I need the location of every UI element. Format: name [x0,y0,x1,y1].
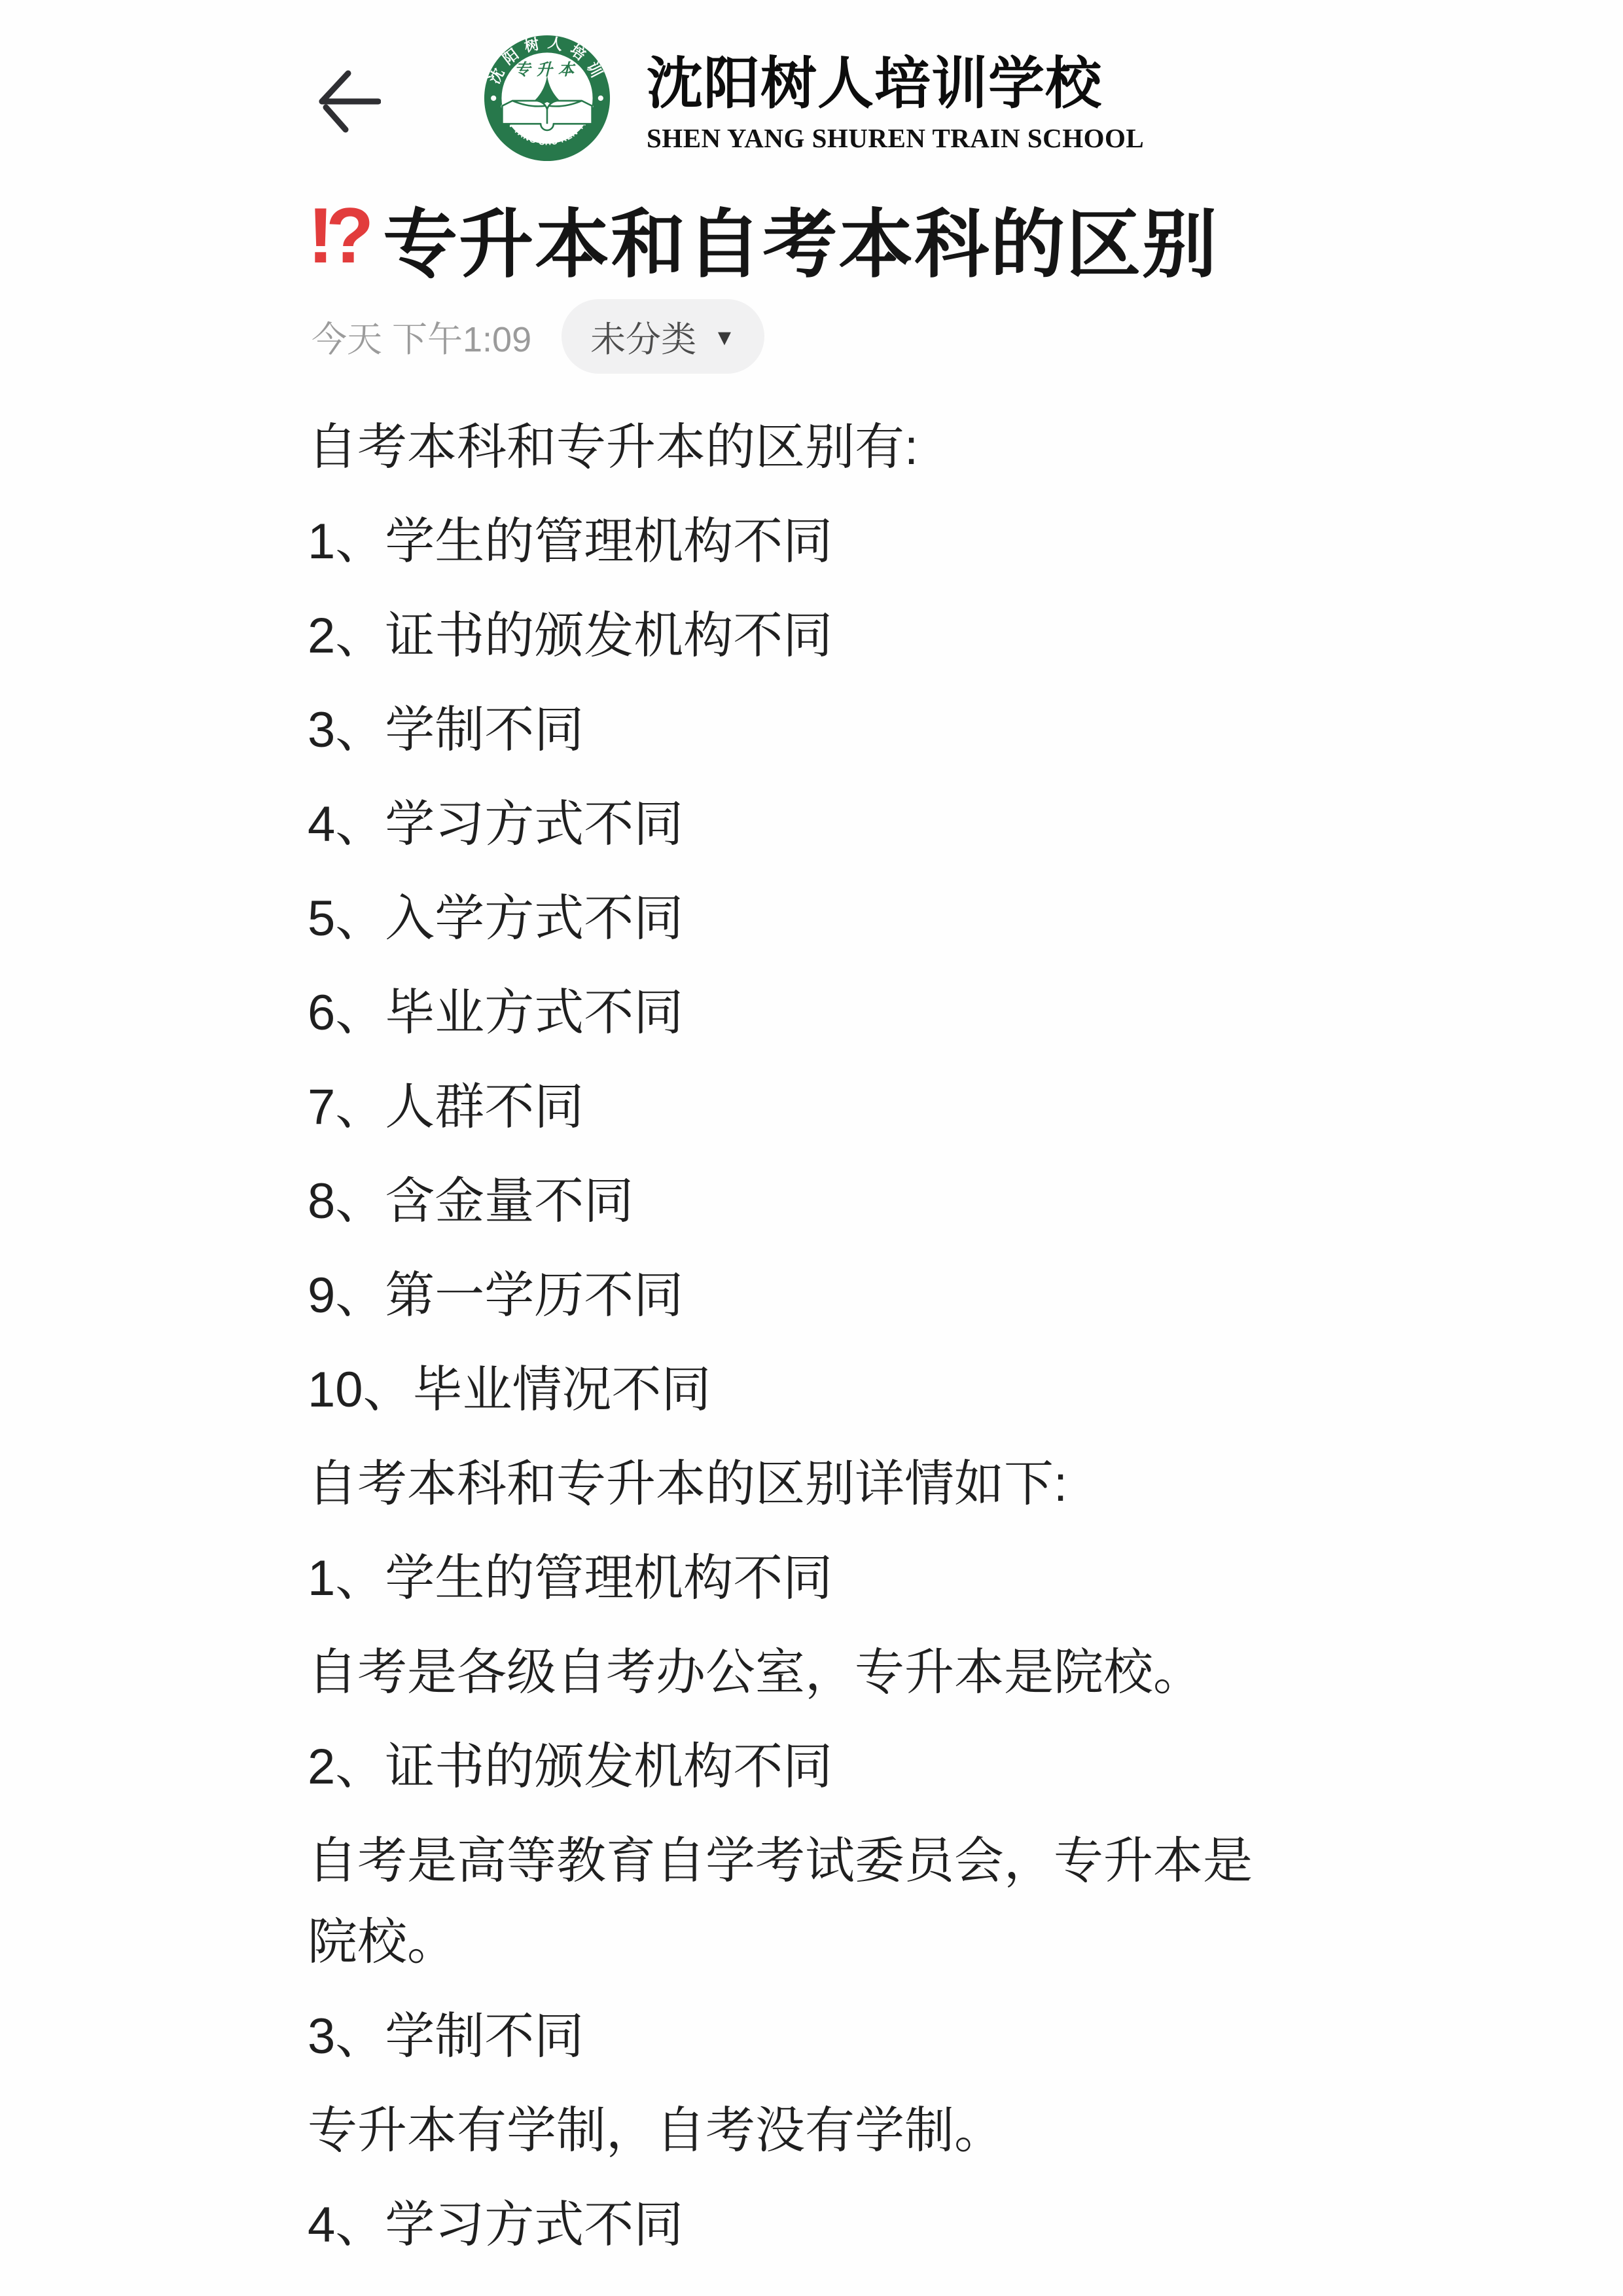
body-paragraph: 3、学制不同 [308,1996,1263,2077]
timestamp: 今天 下午1:09 [312,312,531,362]
body-paragraph: 4、学习方式不同 [308,784,1263,865]
body-paragraph: 1、学生的管理机构不同 [308,501,1263,583]
body-paragraph: 自考是高等教育自学考试委员会，专升本是院校。 [308,1821,1263,1983]
category-badge[interactable]: 未分类 ▼ [562,299,764,374]
back-button[interactable] [302,58,394,136]
logo-left-dot [491,96,496,101]
logo-right-dot [598,96,603,101]
body-paragraph: 10、毕业情况不同 [308,1350,1263,1431]
note-title-row: !? 专升本和自考本科的区别 [308,185,1218,292]
body-paragraph: 自考本科和专升本的区别详情如下: [308,1444,1263,1525]
body-paragraph: 7、人群不同 [308,1067,1263,1148]
school-name-cn: 沈阳树人培训学校 [647,52,1144,115]
school-logo: 沈阳树人培训 SHEN YANG SHU REN TRAIN 专升本 [483,34,611,162]
note-body: 自考本科和专升本的区别有:1、学生的管理机构不同2、证书的颁发机构不同3、学制不… [308,407,1263,2279]
body-paragraph: 3、学制不同 [308,690,1263,771]
body-paragraph: 2、证书的颁发机构不同 [308,596,1263,677]
back-arrow-icon [302,61,381,133]
note-page: 沈阳树人培训 SHEN YANG SHU REN TRAIN 专升本 沈阳树人培… [0,0,1623,2296]
body-paragraph: 专升本有学制，自考没有学制。 [308,2090,1263,2172]
chevron-down-icon: ▼ [713,327,736,349]
body-paragraph: 6、毕业方式不同 [308,973,1263,1054]
note-meta-row: 今天 下午1:09 未分类 ▼ [312,298,764,374]
body-paragraph: 9、第一学历不同 [308,1255,1263,1336]
body-paragraph: 4、学习方式不同 [308,2185,1263,2266]
body-paragraph: 自考本科和专升本的区别有: [308,407,1263,488]
exclamation-question-icon: !? [308,190,366,281]
category-label: 未分类 [590,312,696,362]
body-paragraph: 8、含金量不同 [308,1161,1263,1242]
body-paragraph: 2、证书的颁发机构不同 [308,1727,1263,1808]
school-name-en: SHEN YANG SHUREN TRAIN SCHOOL [647,124,1144,152]
note-title: 专升本和自考本科的区别 [383,185,1218,292]
body-paragraph: 1、学生的管理机构不同 [308,1538,1263,1619]
school-header: 沈阳树人培训学校 SHEN YANG SHUREN TRAIN SCHOOL [647,52,1144,152]
body-paragraph: 5、入学方式不同 [308,878,1263,960]
body-paragraph: 自考是各级自考办公室，专升本是院校。 [308,1632,1263,1713]
